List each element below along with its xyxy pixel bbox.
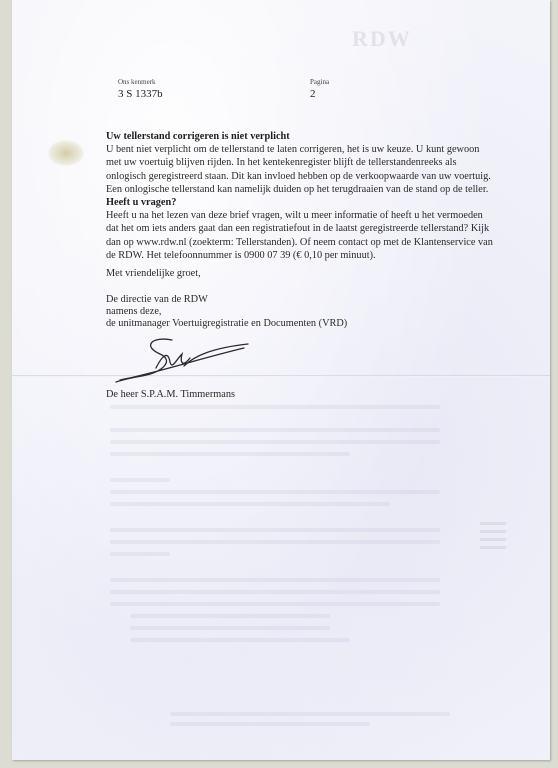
show-through-mark (480, 522, 506, 525)
paragraph-line: Een onlogische tellerstand kan namelijk … (106, 183, 546, 196)
paragraph-line: onlogisch geregistreerd staan. Dit kan i… (106, 170, 546, 183)
paper-stain (48, 140, 84, 166)
section-heading: Heeft u vragen? (106, 196, 546, 209)
show-through-line (110, 440, 440, 444)
letter-page: RDW (12, 0, 550, 760)
paragraph-line: dan op www.rdw.nl (zoekterm: Tellerstand… (106, 236, 546, 249)
show-through-footer (170, 712, 450, 716)
rdw-watermark: RDW (352, 26, 412, 52)
show-through-line (110, 478, 170, 482)
show-through-line (110, 602, 440, 606)
show-through-line (130, 626, 330, 630)
show-through-footer (170, 722, 370, 726)
section-heading: Uw tellerstand corrigeren is niet verpli… (106, 130, 546, 143)
page-number: 2 (310, 88, 316, 100)
show-through-line (110, 490, 440, 494)
show-through-line (110, 528, 440, 532)
handwritten-signature (112, 336, 252, 386)
paragraph-line: dat het om iets anders gaat dan een regi… (106, 222, 546, 235)
paragraph-line: de RDW. Het telefoonnummer is 0900 07 39… (106, 249, 546, 262)
paragraph-line: U bent niet verplicht om de tellerstand … (106, 143, 546, 156)
paragraph-line: met uw voertuig blijven rijden. In het k… (106, 156, 546, 169)
show-through-line (130, 638, 350, 642)
closing-org-line2: namens deze, (106, 306, 161, 319)
show-through-line (130, 614, 330, 618)
show-through-line (110, 452, 350, 456)
show-through-line (110, 405, 440, 409)
section-questions: Heeft u vragen? Heeft u na het lezen van… (106, 196, 546, 262)
show-through-mark (480, 530, 506, 533)
section-correction-optional: Uw tellerstand corrigeren is niet verpli… (106, 130, 546, 196)
paragraph-line: Heeft u na het lezen van deze brief vrag… (106, 209, 546, 222)
reference-value: 3 S 1337b (118, 88, 163, 100)
closing-org-line3: de unitmanager Voertuigregistratie en Do… (106, 318, 347, 331)
show-through-line (110, 502, 390, 506)
show-through-mark (480, 538, 506, 541)
show-through-line (110, 578, 440, 582)
page-label: Pagina (310, 78, 329, 86)
show-through-line (110, 552, 170, 556)
show-through-line (110, 428, 440, 432)
show-through-line (110, 540, 440, 544)
closing-org-line1: De directie van de RDW (106, 294, 208, 307)
show-through-mark (480, 546, 506, 549)
signer-name: De heer S.P.A.M. Timmermans (106, 389, 235, 400)
show-through-line (110, 590, 440, 594)
reference-label: Ons kenmerk (118, 78, 156, 86)
paper-fold-line (12, 375, 550, 377)
closing-greeting: Met vriendelijke groet, (106, 268, 201, 281)
